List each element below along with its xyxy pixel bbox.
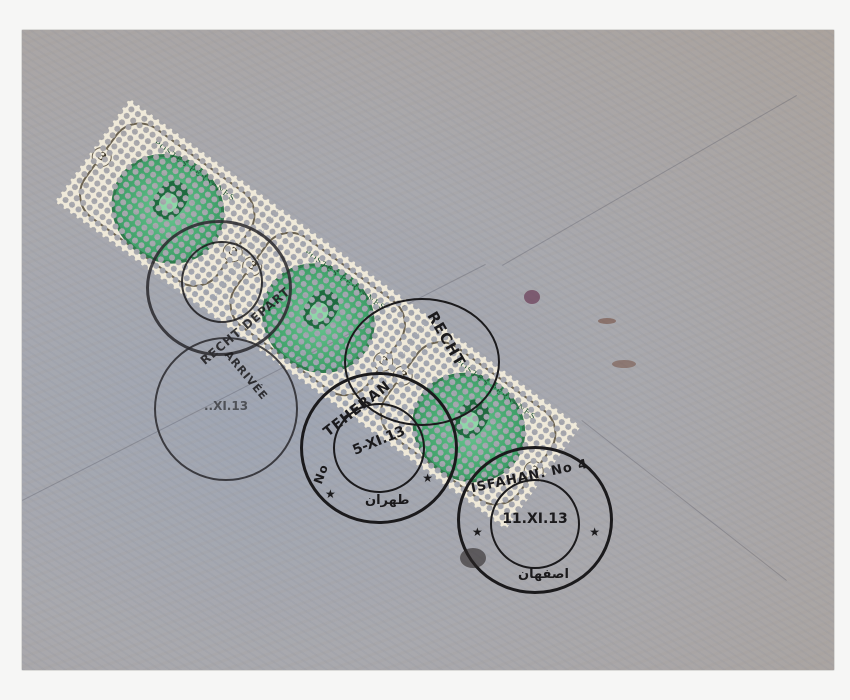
flap-crease bbox=[502, 95, 797, 266]
ink-stain bbox=[598, 318, 616, 324]
ink-stain bbox=[460, 548, 486, 568]
postmark-teheran: TEHERAN No 5-XI.13 ★ ★ طهران bbox=[300, 372, 458, 524]
ink-stain bbox=[612, 360, 636, 368]
postmark-recht-depart: RECHT DEPART bbox=[146, 220, 292, 356]
postmark-arrivee: ARRIVÉE ..XI.13 bbox=[154, 337, 298, 481]
flap-crease bbox=[581, 420, 786, 581]
ink-stain bbox=[524, 290, 540, 304]
postmark-isfahan: ISFAHAN. No 4 11.XI.13 ★ ★ اصفهان bbox=[457, 446, 613, 594]
